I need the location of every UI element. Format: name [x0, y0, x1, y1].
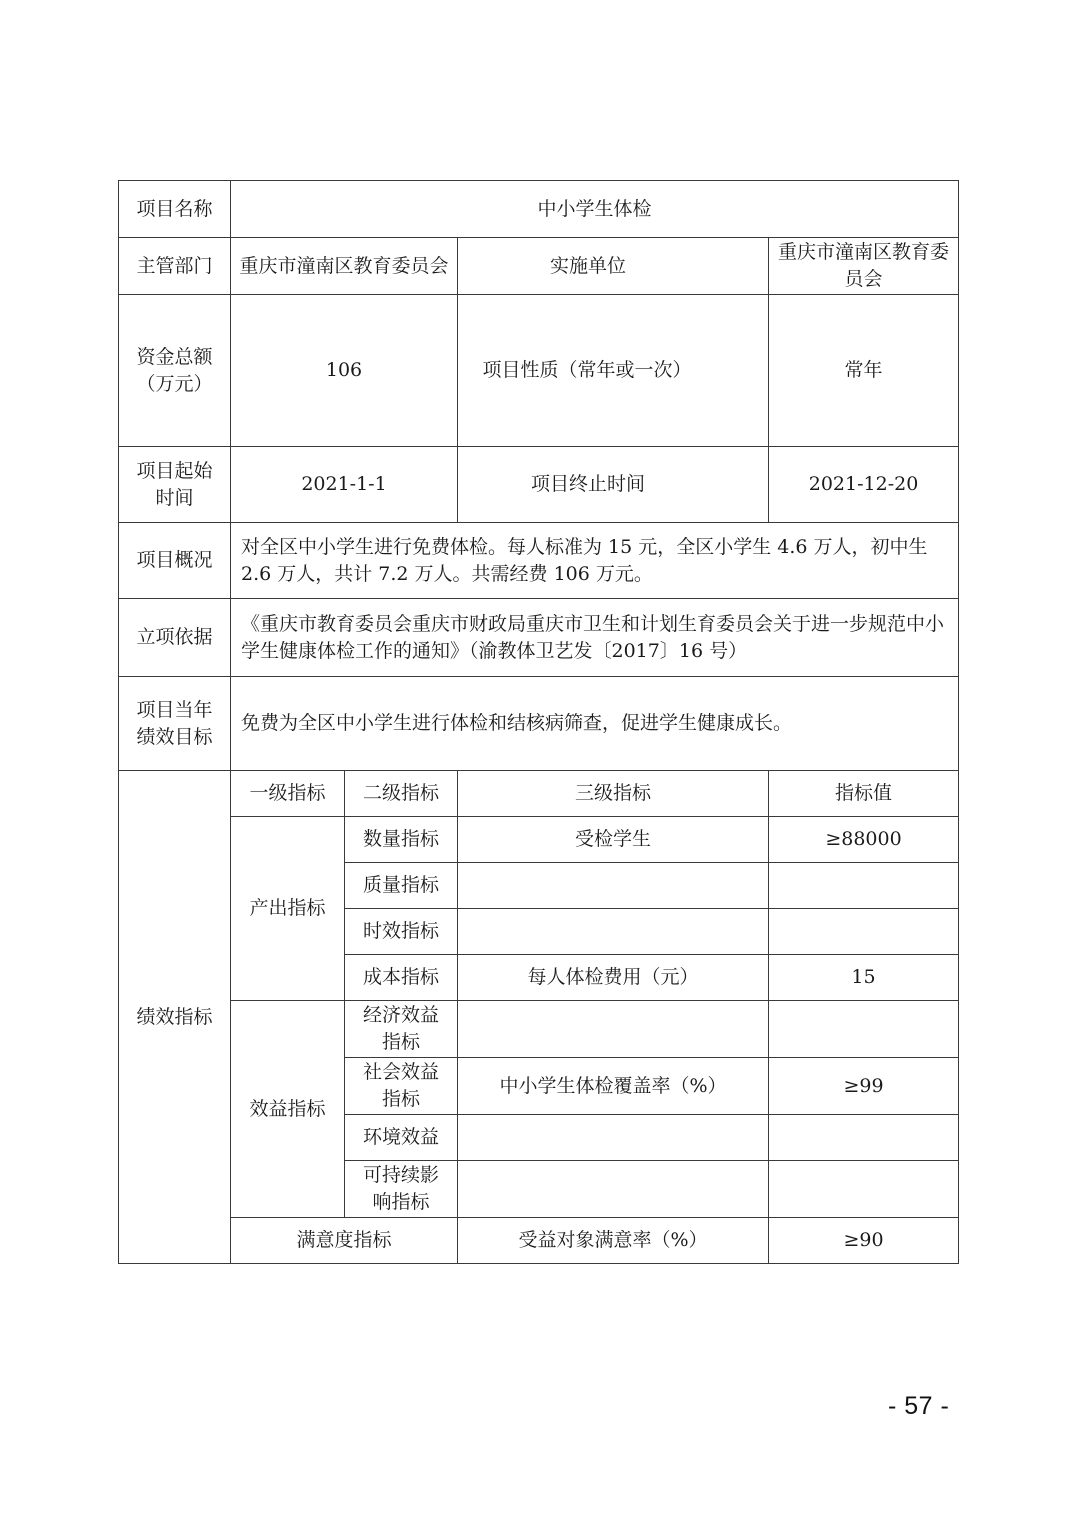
level2-cell: 时效指标	[345, 909, 458, 955]
dept-value: 重庆市潼南区教育委员会	[231, 238, 458, 295]
row-fund: 资金总额（万元） 106 项目性质（常年或一次） 常年	[119, 295, 959, 447]
level2-cell: 成本指标	[345, 955, 458, 1001]
value-cell	[769, 863, 959, 909]
value-cell	[769, 1115, 959, 1161]
project-name-label: 项目名称	[119, 181, 231, 238]
header-value: 指标值	[769, 771, 959, 817]
table-row: 产出指标 数量指标 受检学生 ≥88000	[119, 817, 959, 863]
start-value: 2021-1-1	[231, 447, 458, 523]
overview-value: 对全区中小学生进行免费体检。每人标准为 15 元，全区小学生 4.6 万人，初中…	[231, 523, 959, 599]
benefit-indicators-label: 效益指标	[231, 1001, 345, 1218]
value-cell: ≥99	[769, 1058, 959, 1115]
nature-value: 常年	[769, 295, 959, 447]
dept-label: 主管部门	[119, 238, 231, 295]
goal-value: 免费为全区中小学生进行体检和结核病筛查，促进学生健康成长。	[231, 677, 959, 771]
impl-unit-label: 实施单位	[458, 238, 769, 295]
perf-indicators-label: 绩效指标	[119, 771, 231, 1264]
level3-cell	[458, 909, 769, 955]
basis-value: 《重庆市教育委员会重庆市财政局重庆市卫生和计划生育委员会关于进一步规范中小学生健…	[231, 599, 959, 677]
goal-label: 项目当年绩效目标	[119, 677, 231, 771]
level3-cell	[458, 1115, 769, 1161]
row-time: 项目起始时间 2021-1-1 项目终止时间 2021-12-20	[119, 447, 959, 523]
satisfaction-indicators-label: 满意度指标	[231, 1218, 458, 1264]
row-project-name: 项目名称 中小学生体检	[119, 181, 959, 238]
impl-unit-value: 重庆市潼南区教育委员会	[769, 238, 959, 295]
row-overview: 项目概况 对全区中小学生进行免费体检。每人标准为 15 元，全区小学生 4.6 …	[119, 523, 959, 599]
value-cell: ≥90	[769, 1218, 959, 1264]
row-goal: 项目当年绩效目标 免费为全区中小学生进行体检和结核病筛查，促进学生健康成长。	[119, 677, 959, 771]
nature-label: 项目性质（常年或一次）	[458, 295, 769, 447]
header-level2: 二级指标	[345, 771, 458, 817]
level2-cell: 经济效益指标	[345, 1001, 458, 1058]
level2-cell: 质量指标	[345, 863, 458, 909]
value-cell	[769, 909, 959, 955]
level3-cell: 受益对象满意率（%）	[458, 1218, 769, 1264]
level3-cell	[458, 863, 769, 909]
value-cell	[769, 1001, 959, 1058]
row-basis: 立项依据 《重庆市教育委员会重庆市财政局重庆市卫生和计划生育委员会关于进一步规范…	[119, 599, 959, 677]
document-page: 项目名称 中小学生体检 主管部门 重庆市潼南区教育委员会 实施单位 重庆市潼南区…	[0, 0, 1074, 1520]
output-indicators-label: 产出指标	[231, 817, 345, 1001]
level2-cell: 环境效益	[345, 1115, 458, 1161]
level3-cell: 中小学生体检覆盖率（%）	[458, 1058, 769, 1115]
end-label: 项目终止时间	[458, 447, 769, 523]
level3-cell	[458, 1161, 769, 1218]
row-department: 主管部门 重庆市潼南区教育委员会 实施单位 重庆市潼南区教育委员会	[119, 238, 959, 295]
level2-cell: 数量指标	[345, 817, 458, 863]
end-value: 2021-12-20	[769, 447, 959, 523]
basis-label: 立项依据	[119, 599, 231, 677]
fund-value: 106	[231, 295, 458, 447]
level3-cell	[458, 1001, 769, 1058]
header-level1: 一级指标	[231, 771, 345, 817]
overview-label: 项目概况	[119, 523, 231, 599]
project-performance-table: 项目名称 中小学生体检 主管部门 重庆市潼南区教育委员会 实施单位 重庆市潼南区…	[118, 180, 959, 1264]
value-cell: ≥88000	[769, 817, 959, 863]
level2-cell: 可持续影响指标	[345, 1161, 458, 1218]
value-cell: 15	[769, 955, 959, 1001]
fund-label: 资金总额（万元）	[119, 295, 231, 447]
row-indicator-headers: 绩效指标 一级指标 二级指标 三级指标 指标值	[119, 771, 959, 817]
row-satisfaction: 满意度指标 受益对象满意率（%） ≥90	[119, 1218, 959, 1264]
project-name-value: 中小学生体检	[231, 181, 959, 238]
level3-cell: 受检学生	[458, 817, 769, 863]
level3-cell: 每人体检费用（元）	[458, 955, 769, 1001]
level2-cell: 社会效益指标	[345, 1058, 458, 1115]
header-level3: 三级指标	[458, 771, 769, 817]
page-number: - 57 -	[888, 1392, 949, 1421]
value-cell	[769, 1161, 959, 1218]
table-row: 效益指标 经济效益指标	[119, 1001, 959, 1058]
start-label: 项目起始时间	[119, 447, 231, 523]
